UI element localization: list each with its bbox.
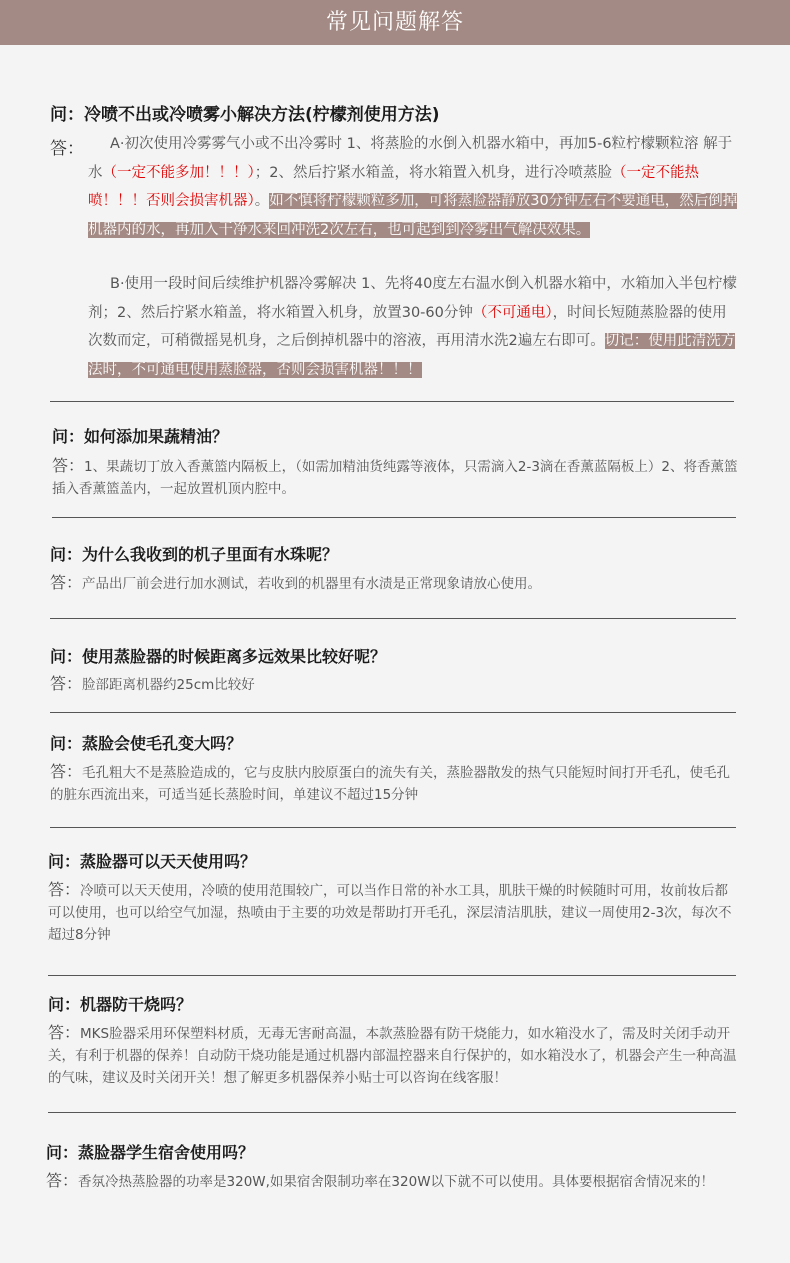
faq-answer: 答：1、果蔬切丁放入香薰篮内隔板上，（如需加精油货纯露等液体，只需滴入2-3滴在… [52, 455, 742, 500]
faq-answer-a: A·初次使用冷雾雾气小或不出冷雾时 1、将蒸脸的水倒入机器水箱中，再加5-6粒柠… [88, 130, 738, 244]
faq-question: 问：如何添加果蔬精油？ [52, 424, 228, 447]
faq-answer: 答：脸部距离机器约25cm比较好 [50, 673, 740, 696]
faq-question: 问：蒸脸器学生宿舍使用吗？ [46, 1140, 254, 1163]
page-header: 常见问题解答 [0, 0, 790, 45]
faq-question: 问：机器防干烧吗？ [48, 992, 192, 1015]
faq-answer: 答：MKS脸器采用环保塑料材质，无毒无害耐高温，本款蒸脸器有防干烧能力，如水箱没… [48, 1022, 742, 1089]
answer-label: 答： [50, 134, 84, 159]
faq-question: 问：使用蒸脸器的时候距离多远效果比较好呢？ [50, 644, 386, 667]
divider [48, 975, 736, 976]
divider [50, 712, 736, 713]
divider [50, 618, 736, 619]
divider [52, 517, 736, 518]
divider [48, 1112, 736, 1113]
faq-answer: 答：香氛冷热蒸脸器的功率是320W,如果宿舍限制功率在320W以下就不可以使用。… [46, 1170, 740, 1193]
warning-text: （不可通电） [473, 305, 553, 321]
faq-question: 问：蒸脸会使毛孔变大吗？ [50, 731, 242, 754]
warning-text: （一定不能多加！！！） [103, 165, 255, 181]
faq-answer: 答：毛孔粗大不是蒸脸造成的，它与皮肤内胶原蛋白的流失有关，蒸脸器散发的热气只能短… [50, 761, 740, 806]
divider [50, 401, 734, 402]
divider [50, 827, 736, 828]
faq-question: 问：为什么我收到的机子里面有水珠呢？ [50, 542, 338, 565]
faq-question: 问：蒸脸器可以天天使用吗？ [48, 849, 256, 872]
faq-answer: 答：冷喷可以天天使用，冷喷的使用范围较广，可以当作日常的补水工具，肌肤干燥的时候… [48, 879, 740, 946]
faq-answer-b: B·使用一段时间后续维护机器冷雾解决 1、先将40度左右温水倒入机器水箱中，水箱… [88, 270, 738, 384]
faq-question: 问：冷喷不出或冷喷雾小解决方法(柠檬剂使用方法) [50, 100, 440, 125]
faq-answer: 答：产品出厂前会进行加水测试，若收到的机器里有水渍是正常现象请放心使用。 [50, 572, 740, 595]
page-title: 常见问题解答 [326, 10, 464, 35]
